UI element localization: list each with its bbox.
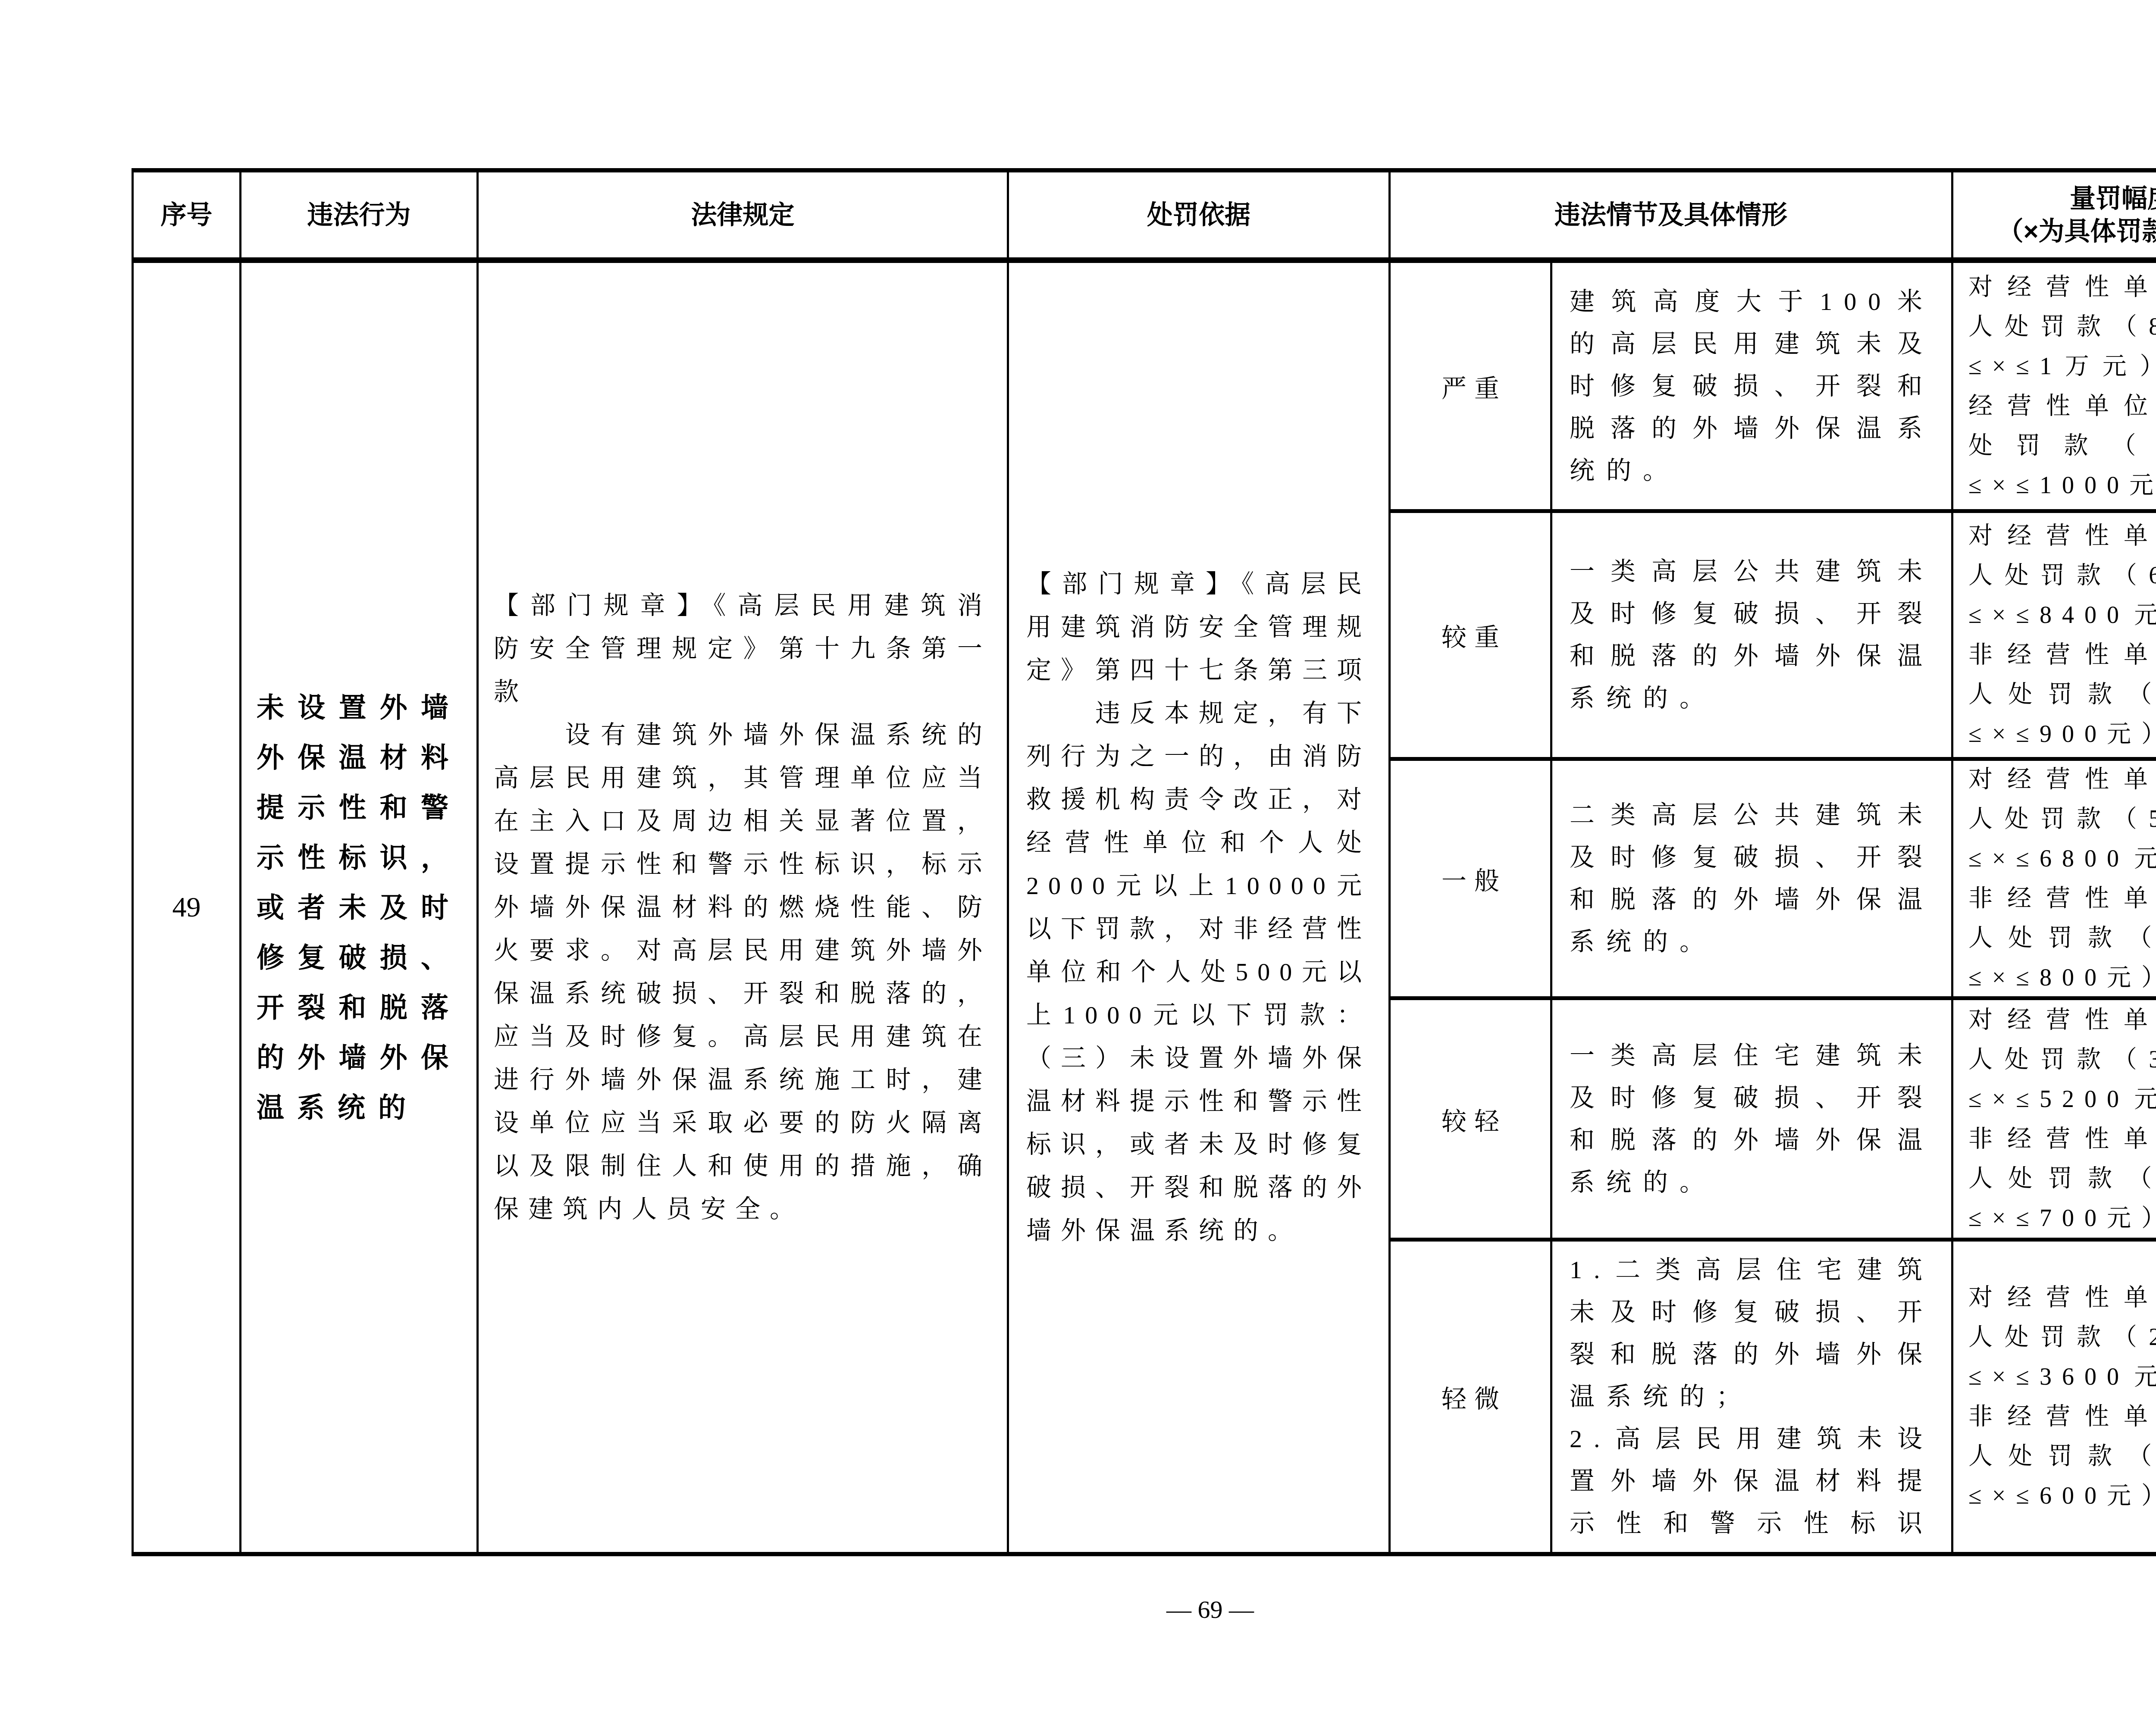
description-cell-3: 二类高层公共建筑未及时修复破损、开裂和脱落的外墙外保温系统的。 xyxy=(1552,761,1953,1000)
penalty-cell-1: 对经营性单位和个人处罚款（8400元≤×≤1万元），对非经营性单位和个人处罚款（… xyxy=(1953,263,2156,513)
legal-paragraph-1: 【部门规章】《高层民用建筑消防安全管理规定》第十九条第一款 xyxy=(494,584,992,713)
header-cell-legal: 法律规定 xyxy=(479,172,1009,263)
severity-cell-3: 一般 xyxy=(1391,761,1552,1000)
penalty-table: 序号 违法行为 法律规定 处罚依据 违法情节及具体情形 量罚幅度 （×为具体罚款… xyxy=(132,168,2156,1556)
header-label-basis: 处罚依据 xyxy=(1147,199,1250,231)
description-text-3: 二类高层公共建筑未及时修复破损、开裂和脱落的外墙外保温系统的。 xyxy=(1570,794,1934,963)
description-text-2: 一类高层公共建筑未及时修复破损、开裂和脱落的外墙外保温系统的。 xyxy=(1570,551,1934,719)
severity-cell-1: 严重 xyxy=(1391,263,1552,513)
basis-cell: 【部门规章】《高层民用建筑消防安全管理规定》第四十七条第三项 违反本规定，有下列… xyxy=(1009,263,1391,1552)
penalty-cell-2: 对经营性单位和个人处罚款（6800元≤×≤8400元），对非经营性单位和个人处罚… xyxy=(1953,513,2156,761)
description-cell-5: 有下列情形之一的： 1.二类高层住宅建筑未及时修复破损、开裂和脱落的外墙外保温系… xyxy=(1552,1242,1953,1552)
severity-label-2: 较重 xyxy=(1434,617,1507,653)
severity-cell-2: 较重 xyxy=(1391,513,1552,761)
description-text-4: 一类高层住宅建筑未及时修复破损、开裂和脱落的外墙外保温系统的。 xyxy=(1570,1035,1934,1204)
basis-paragraph-1: 【部门规章】《高层民用建筑消防安全管理规定》第四十七条第三项 xyxy=(1026,563,1371,692)
header-label-behavior: 违法行为 xyxy=(307,199,411,231)
severity-label-1: 严重 xyxy=(1434,368,1507,404)
page-number: — 69 — xyxy=(0,1595,2156,1624)
basis-paragraph-2: 违反本规定，有下列行为之一的，由消防救援机构责令改正，对经营性单位和个人处200… xyxy=(1026,692,1371,1252)
penalty-text-4: 对经营性单位和个人处罚款（3600元≤×≤5200元），对非经营性单位和个人处罚… xyxy=(1968,1000,2156,1238)
description-text-5-intro: 有下列情形之一的： xyxy=(1570,1242,1934,1249)
legal-paragraph-2: 设有建筑外墙外保温系统的高层民用建筑，其管理单位应当在主入口及周边相关显著位置，… xyxy=(494,713,992,1231)
header-cell-behavior: 违法行为 xyxy=(241,172,479,263)
penalty-cell-3: 对经营性单位和个人处罚款（5200元≤×≤6800元），对非经营性单位和个人处罚… xyxy=(1953,761,2156,1000)
header-label-seq: 序号 xyxy=(161,199,213,231)
legal-cell: 【部门规章】《高层民用建筑消防安全管理规定》第十九条第一款 设有建筑外墙外保温系… xyxy=(479,263,1009,1552)
description-cell-2: 一类高层公共建筑未及时修复破损、开裂和脱落的外墙外保温系统的。 xyxy=(1552,513,1953,761)
severity-label-5: 轻微 xyxy=(1434,1379,1507,1415)
header-label-range-line2: （×为具体罚款金额） xyxy=(1997,215,2156,248)
severity-label-4: 较轻 xyxy=(1434,1101,1507,1137)
header-cell-range: 量罚幅度 （×为具体罚款金额） xyxy=(1953,172,2156,263)
behavior-text: 未设置外墙外保温材料提示性和警示性标识，或者未及时修复破损、开裂和脱落的外墙外保… xyxy=(257,682,461,1132)
header-cell-situation: 违法情节及具体情形 xyxy=(1391,172,1953,263)
description-text-5-item1: 1.二类高层住宅建筑未及时修复破损、开裂和脱落的外墙外保温系统的； xyxy=(1570,1249,1934,1418)
behavior-cell: 未设置外墙外保温材料提示性和警示性标识，或者未及时修复破损、开裂和脱落的外墙外保… xyxy=(241,263,479,1552)
header-cell-basis: 处罚依据 xyxy=(1009,172,1391,263)
penalty-text-3: 对经营性单位和个人处罚款（5200元≤×≤6800元），对非经营性单位和个人处罚… xyxy=(1968,761,2156,998)
severity-cell-4: 较轻 xyxy=(1391,1000,1552,1242)
header-label-range-line1: 量罚幅度 xyxy=(2070,182,2156,215)
penalty-text-2: 对经营性单位和个人处罚款（6800元≤×≤8400元），对非经营性单位和个人处罚… xyxy=(1968,516,2156,754)
description-text-1: 建筑高度大于100米的高层民用建筑未及时修复破损、开裂和脱落的外墙外保温系统的。 xyxy=(1570,281,1934,492)
seq-cell: 49 xyxy=(134,263,241,1552)
header-label-legal: 法律规定 xyxy=(691,199,795,231)
description-text-5-item2: 2.高层民用建筑未设置外墙外保温材料提示性和警示性标识的。 xyxy=(1570,1418,1934,1552)
description-cell-1: 建筑高度大于100米的高层民用建筑未及时修复破损、开裂和脱落的外墙外保温系统的。 xyxy=(1552,263,1953,513)
penalty-cell-4: 对经营性单位和个人处罚款（3600元≤×≤5200元），对非经营性单位和个人处罚… xyxy=(1953,1000,2156,1242)
severity-cell-5: 轻微 xyxy=(1391,1242,1552,1552)
penalty-text-1: 对经营性单位和个人处罚款（8400元≤×≤1万元），对非经营性单位和个人处罚款（… xyxy=(1968,267,2156,505)
penalty-text-5: 对经营性单位和个人处罚款（2000元≤×≤3600元），对非经营性单位和个人处罚… xyxy=(1968,1278,2156,1516)
description-cell-4: 一类高层住宅建筑未及时修复破损、开裂和脱落的外墙外保温系统的。 xyxy=(1552,1000,1953,1242)
header-cell-seq: 序号 xyxy=(134,172,241,263)
header-label-situation: 违法情节及具体情形 xyxy=(1554,199,1787,231)
severity-label-3: 一般 xyxy=(1434,860,1507,897)
seq-value: 49 xyxy=(172,891,201,924)
penalty-cell-5: 对经营性单位和个人处罚款（2000元≤×≤3600元），对非经营性单位和个人处罚… xyxy=(1953,1242,2156,1552)
